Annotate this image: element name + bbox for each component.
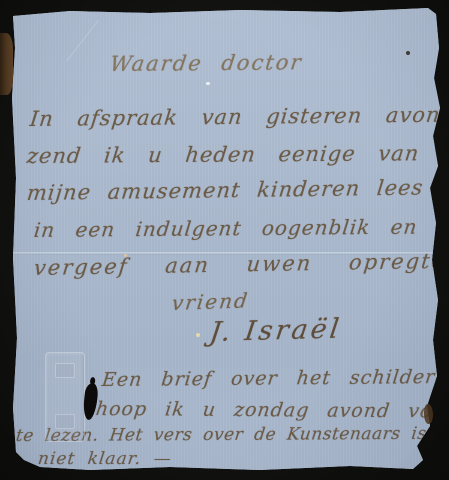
letter-paper: Waarde doctor In afspraak van gisteren a… [10,8,441,471]
paper-speck [196,333,200,337]
letter-postscript-line: hoop ik u zondag avond voor [95,398,449,423]
letter-body-line: In afspraak van gisteren avond. [29,102,449,131]
adhesive-residue [0,33,13,95]
letter-postscript-line: niet klaar. — [37,449,173,469]
embossed-blind-stamp [45,352,85,442]
letter-body-line: in een indulgent oogenblik en [33,215,419,242]
photo-background: Waarde doctor In afspraak van gisteren a… [0,0,449,480]
paper-speck [206,82,210,85]
letter-postscript-line: Een brief over het schilderen [101,366,449,391]
surface-scratch [66,20,99,62]
letter-salutation: Waarde doctor [108,50,304,76]
stamp-inner-mark [55,414,75,429]
paper-speck [406,51,410,55]
stamp-inner-mark [55,363,75,378]
adhesive-fleck [424,404,433,424]
letter-closing: vriend [171,288,251,315]
paper-speck [124,254,127,257]
letter-body-line: mijne amusement kinderen lees ze [26,175,449,205]
letter-body-line: zend ik u heden eenige van [26,141,421,168]
letter-signature: J. Israël [208,314,344,348]
